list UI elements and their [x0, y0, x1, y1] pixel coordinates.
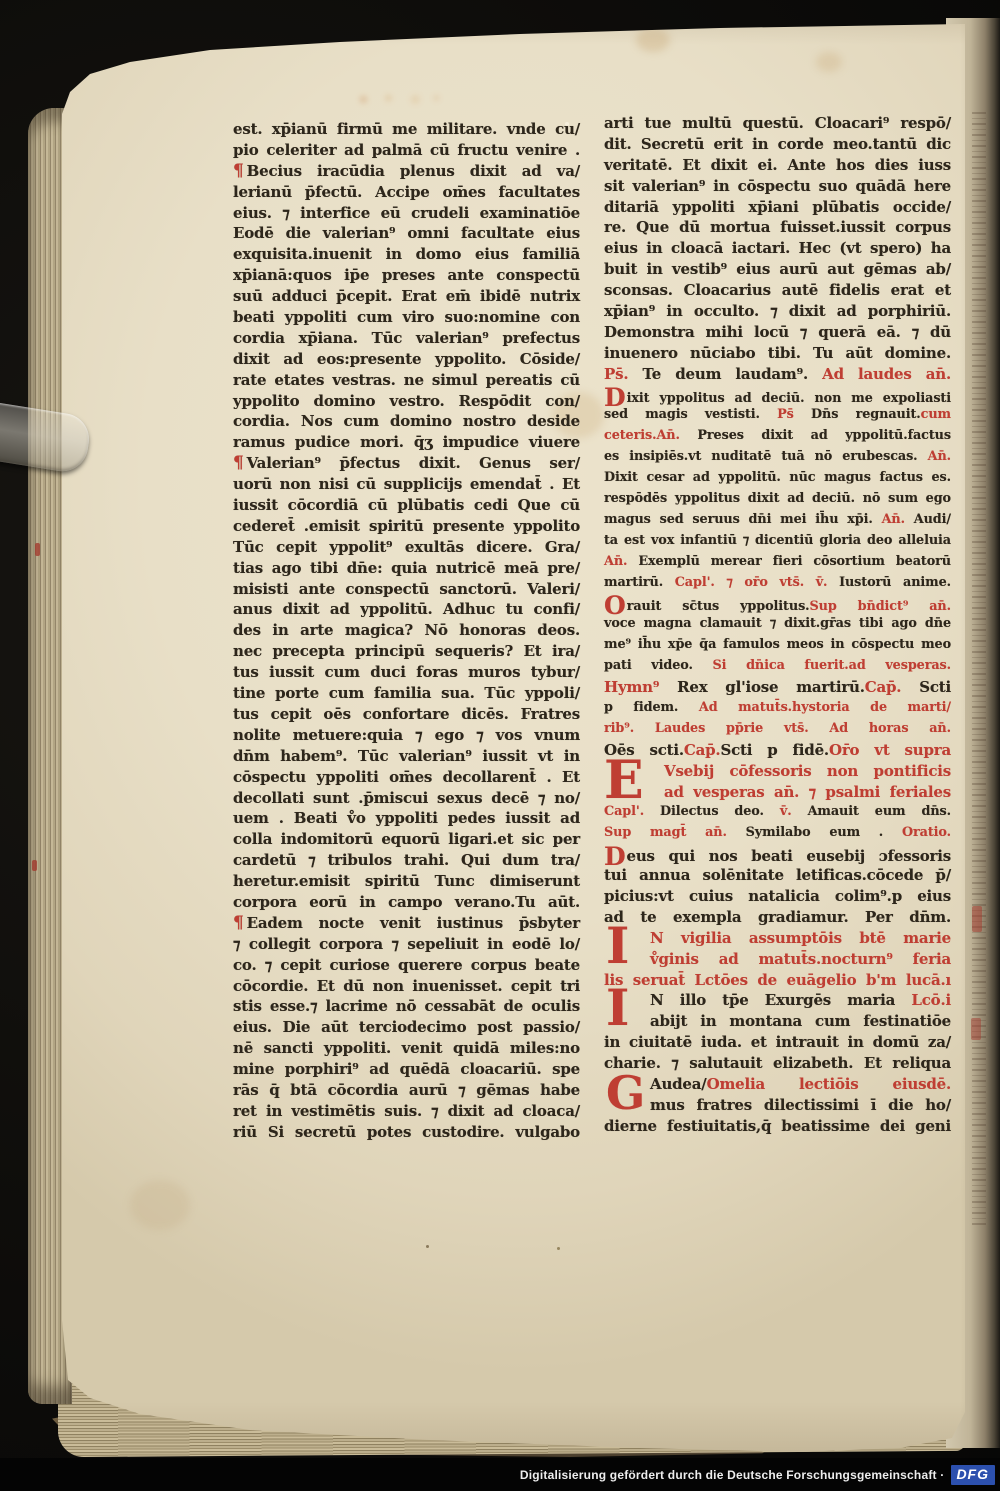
text-line: charie. ⁊ salutauit elizabeth. Et reliqu… [604, 1053, 951, 1074]
text-line: nec precepta principū sequeris? Et ira/ [233, 641, 580, 662]
text-line: EVsebij cōfessoris non pontificis [604, 761, 951, 782]
rubric-text: v̄. [780, 804, 792, 819]
body-text: Dilectus deo. [644, 804, 780, 819]
body-text: in ciuitatē iuda. et intrauit in domū za… [604, 1033, 951, 1051]
text-line: cederet̄ .emisit spiritū presente yppoli… [233, 516, 580, 537]
body-text: Audi/ [905, 512, 951, 527]
body-text: des in arte magica? Nō honoras deos. [233, 621, 580, 639]
body-text: arti tue multū questū. Cloacari⁹ respō/ [604, 114, 951, 132]
speck [557, 1247, 560, 1250]
body-text: rās q̄ btā cōcordia aurū ⁊ gēmas habe [233, 1081, 580, 1099]
text-line: me⁹ ih̄u xp̄e q̄a famulos meos in cōspec… [604, 635, 951, 656]
text-line: sed magis vestisti. Ps̄ Dn̄s regnauit.cu… [604, 405, 951, 426]
body-text: inuenero nūciabo tibi. Tu aūt domine. [604, 344, 951, 362]
body-text: decollati sunt .p̄miscui sexus decē ⁊ no… [233, 789, 580, 807]
body-text: lerianū p̄fectū. Accipe om̄es facultates [233, 183, 580, 201]
text-line: decollati sunt .p̄miscui sexus decē ⁊ no… [233, 788, 580, 809]
text-line: beati yppoliti cum viro suo:nomine con [233, 307, 580, 328]
text-line: sconsas. Cloacarius autē fidelis erat et [604, 280, 951, 301]
text-line: dit. Secretū erit in corde meo.tantū dic [604, 134, 951, 155]
body-text: martirū. [604, 575, 675, 590]
body-text: sconsas. Cloacarius autē fidelis erat et [604, 281, 951, 299]
rubric-text: Si dn̄ica fuerit.ad vesperas. [713, 658, 952, 673]
body-text: heretur.emisit spiritū Tunc dimiserunt [233, 872, 580, 890]
speck [426, 1245, 429, 1248]
text-line: cardetū ⁊ tribulos trahi. Qui dum tra/ [233, 850, 580, 871]
body-text: yppolito domino vestro. Respōdit con/ [233, 392, 580, 410]
body-text: picius:vt cuius natalicia colim⁹.p eius [604, 887, 951, 905]
text-line: mus fratres dilectissimi ī die ho/ [604, 1095, 951, 1116]
rubric-text: Capl'. ⁊ or̄o vts̄. v̄. [675, 575, 828, 590]
text-line: rib⁹. Laudes pp̄rie vts̄. Ad horas an̄. [604, 719, 951, 740]
body-text: pati video. [604, 658, 713, 673]
body-text: Symilabo eum . [727, 825, 902, 840]
rubric-text: Ps̄ [777, 407, 794, 422]
body-text: ret in vestimētis suis. ⁊ dixit ad cloac… [233, 1102, 580, 1120]
text-line: Dixit yppolitus ad deciū. non me expolia… [604, 385, 951, 406]
body-text: tine porte cum familia sua. Tūc yppoli/ [233, 684, 580, 702]
digitized-book-scan: est. xp̄ianū firmū me militare. vnde cu/… [0, 0, 1000, 1491]
text-line: Oēs scti.Cap̄.Scti p fidē.Or̄o vt supra [604, 740, 951, 761]
text-column-left: est. xp̄ianū firmū me militare. vnde cu/… [233, 119, 580, 1143]
text-line: Eodē die valerian⁹ omni facultate eius [233, 223, 580, 244]
text-line: es insipiēs.vt nuditatē tuā nō erubescas… [604, 447, 951, 468]
text-line: co. ⁊ cepit curiose querere corpus beate [233, 955, 580, 976]
body-text: ixit yppolitus ad deciū. non me expolias… [627, 391, 951, 406]
text-line: re. Que dū mortua fuisset.iussit corpus [604, 217, 951, 238]
body-text: anus dixit ad yppolitū. Adhuc tu confi/ [233, 600, 580, 618]
body-text: cōspectu yppoliti om̄es decollarent̄ . E… [233, 768, 580, 786]
body-text: voce magna clamauit ⁊ dixit.gr̄as tibi a… [604, 616, 951, 631]
body-text: nec precepta principū sequeris? Et ira/ [233, 642, 580, 660]
body-text: charie. ⁊ salutauit elizabeth. Et reliqu… [604, 1054, 951, 1072]
body-text: Becius iracūdia plenus dixit ad va/ [247, 162, 580, 180]
text-line: rate etates vestras. ne simul pereatis c… [233, 370, 580, 391]
text-line: riū Si secretū potes custodire. vulgabo [233, 1122, 580, 1143]
text-line: cōcordie. Et dū non inuenisset. cepit tr… [233, 976, 580, 997]
body-text: corpora eorū in campo verano.Tu aūt. [233, 893, 580, 911]
rubric-text: Ad matut̄s.hystoria de marti/ [699, 700, 951, 715]
text-line: yppolito domino vestro. Respōdit con/ [233, 391, 580, 412]
body-text: Valerian⁹ p̄fectus dixit. Genus ser/ [247, 454, 580, 472]
text-line: cordia. Nos cum domino nostro deside [233, 411, 580, 432]
text-line: corpora eorū in campo verano.Tu aūt. [233, 892, 580, 913]
body-text: re. Que dū mortua fuisset.iussit corpus [604, 218, 951, 236]
text-line: Ps̄. Te deum laudam⁹. Ad laudes an̄. [604, 364, 951, 385]
page-stain [816, 52, 842, 72]
text-line: sit valerian⁹ in cōspectu suo quādā here [604, 176, 951, 197]
body-text: exquisita.inuenit in domo eius familiā [233, 245, 580, 263]
text-line: IN illo tp̄e Exurgēs maria Lcō.i [604, 990, 951, 1011]
text-line: ¶Valerian⁹ p̄fectus dixit. Genus ser/ [233, 453, 580, 474]
body-text: Te deum laudam⁹. [628, 365, 822, 383]
rubric-text: An̄. [604, 554, 627, 569]
body-text: tias ago tibi dn̄e: quia nutricē meā pre… [233, 559, 580, 577]
text-line: rās q̄ btā cōcordia aurū ⁊ gēmas habe [233, 1080, 580, 1101]
rubric-text: rib⁹. Laudes pp̄rie vts̄. Ad horas an̄. [604, 721, 951, 736]
text-line: Orauit sc̄tus yppolitus.Sup bn̄dict⁹ an̄… [604, 593, 951, 614]
text-line: stis esse.⁊ lacrime nō cessabāt de oculi… [233, 996, 580, 1017]
text-line: ditariā yppoliti xp̄iani plūbatis occide… [604, 197, 951, 218]
text-line: martirū. Capl'. ⁊ or̄o vts̄. v̄. Iustorū… [604, 573, 951, 594]
next-page-rubric-blur [971, 1018, 981, 1040]
text-line: in ciuitatē iuda. et intrauit in domū za… [604, 1032, 951, 1053]
body-text: xp̄ian⁹ in occulto. ⁊ dixit ad porphiriū… [604, 302, 951, 320]
body-text: Preses dixit ad yppolitū.factus [680, 428, 951, 443]
rubric-text: Or̄o vt supra [829, 741, 951, 759]
text-line: magus sed seruus dn̄i mei ih̄u xp̄i. An̄… [604, 510, 951, 531]
dfg-logo: DFG [951, 1465, 995, 1485]
body-text: eius. ⁊ interfice eū crudeli examinatiōe [233, 204, 580, 222]
rubric-text: lis seruat̄ Lctōes de euāgelio b'm lucā.… [604, 971, 951, 989]
body-text: mus fratres dilectissimi ī die ho/ [650, 1096, 951, 1114]
body-text: Iustorū anime. [827, 575, 951, 590]
body-text: cōcordie. Et dū non inuenisset. cepit tr… [233, 977, 580, 995]
text-line: xp̄ianā:quos ip̄e preses ante conspectū [233, 265, 580, 286]
body-text: ditariā yppoliti xp̄iani plūbatis occide… [604, 198, 951, 216]
text-line: ¶Becius iracūdia plenus dixit ad va/ [233, 161, 580, 182]
body-text: riū Si secretū potes custodire. vulgabo [233, 1123, 580, 1141]
text-line: mine porphiri⁹ ad quēdā cloacariū. spe [233, 1059, 580, 1080]
body-text: rate etates vestras. ne simul pereatis c… [233, 371, 580, 389]
rubric-text: Vsebij cōfessoris non pontificis [664, 762, 951, 780]
body-text: mine porphiri⁹ ad quēdā cloacariū. spe [233, 1060, 580, 1078]
text-column-right: arti tue multū questū. Cloacari⁹ respō/d… [604, 113, 951, 1137]
rubric-text: N vigilia assumptōis btē marie [650, 929, 951, 947]
body-text: Rex gl'iose martirū. [659, 678, 865, 696]
body-text: dierne festiuitatis,q̄ beatissime dei ge… [604, 1117, 951, 1135]
edge-red-stain [35, 543, 40, 556]
text-line: dierne festiuitatis,q̄ beatissime dei ge… [604, 1116, 951, 1137]
text-line: ramus pudice mori. q̄ʒ impudice viuere [233, 432, 580, 453]
body-text: Dixit cesar ad yppolitū. nūc magus factu… [604, 470, 951, 485]
text-line: eius. Die aūt terciodecimo post passio/ [233, 1017, 580, 1038]
body-text: Demonstra mihi locū ⁊ querā eā. ⁊ dū [604, 323, 951, 341]
body-text: pio celeriter ad palmā cū fructu venire … [233, 141, 580, 159]
body-text: est. xp̄ianū firmū me militare. vnde cu/ [233, 120, 580, 138]
text-line: eius in cloacā iactari. Hec (vt spero) h… [604, 238, 951, 259]
text-line: colla indomitorū equorū ligari.et sic pe… [233, 829, 580, 850]
rubric-text: Capl'. [604, 804, 644, 819]
body-text: cardetū ⁊ tribulos trahi. Qui dum tra/ [233, 851, 580, 869]
rubric-text: ceteris.An̄. [604, 428, 680, 443]
text-line: ad te exempla gradiamur. Per dn̄m. [604, 907, 951, 928]
text-line: cordia xp̄iana. Tūc valerian⁹ prefectus [233, 328, 580, 349]
body-text: Eodē die valerian⁹ omni facultate eius [233, 224, 580, 242]
text-line: GAudea/Omelia lectiōis eiusdē. [604, 1074, 951, 1095]
rubric-text: Ps̄. [604, 365, 628, 383]
text-line: Sup magt̄ an̄. Symilabo eum . Oratio. [604, 823, 951, 844]
body-text: nē sancti yppoliti. venit quidā miles:no [233, 1039, 580, 1057]
body-text: es insipiēs.vt nuditatē tuā nō erubescas… [604, 449, 928, 464]
body-text: ta est vox infantiū ⁊ dicentiū gloria de… [604, 533, 951, 548]
body-text: eius in cloacā iactari. Hec (vt spero) h… [604, 239, 951, 257]
page-stain [130, 1180, 190, 1230]
text-line: Capl'. Dilectus deo. v̄. Amauit eum dn̄s… [604, 802, 951, 823]
body-text: ad te exempla gradiamur. Per dn̄m. [604, 908, 951, 926]
edge-red-stain [32, 860, 37, 871]
text-line: suū adduci p̄cepit. Erat em̄ ibidē nutri… [233, 286, 580, 307]
rubric-text: cum [921, 407, 951, 422]
text-line: Dixit cesar ad yppolitū. nūc magus factu… [604, 468, 951, 489]
rubric-text: Cap̄. [684, 741, 721, 759]
rubric-text: ¶ [233, 913, 247, 933]
text-line: nē sancti yppoliti. venit quidā miles:no [233, 1038, 580, 1059]
text-line: tui annua solēnitate letificas.cōcede p̄… [604, 865, 951, 886]
body-text: co. ⁊ cepit curiose querere corpus beate [233, 956, 580, 974]
text-line: pio celeriter ad palmā cū fructu venire … [233, 140, 580, 161]
body-text: magus sed seruus dn̄i mei ih̄u xp̄i. [604, 512, 882, 527]
rubric-text: Sup magt̄ an̄. [604, 825, 727, 840]
text-line: ta est vox infantiū ⁊ dicentiū gloria de… [604, 531, 951, 552]
rubric-text: Sup bn̄dict⁹ an̄. [810, 599, 951, 614]
body-text: colla indomitorū equorū ligari.et sic pe… [233, 830, 580, 848]
text-line: iussit cōcordiā cū plūbatis cedi Que cū [233, 495, 580, 516]
body-text: ramus pudice mori. q̄ʒ impudice viuere [233, 433, 580, 451]
body-text: Audea/ [650, 1075, 707, 1093]
text-line: uem . Beati v̊o yppoliti pedes iussit ad [233, 808, 580, 829]
text-line: uorū non nisi cū supplicijs emendat̄ . E… [233, 474, 580, 495]
rubric-text: Hymn⁹ [604, 678, 659, 696]
text-line: misisti ante conspectū sanctorū. Valeri/ [233, 579, 580, 600]
body-text: Dn̄s regnauit. [794, 407, 921, 422]
body-text: dit. Secretū erit in corde meo.tantū dic [604, 135, 951, 153]
text-line: dn̄m habem⁹. Tūc valerian⁹ iussit vt in [233, 746, 580, 767]
body-text: tus cepit oēs confortare dicēs. Fratres [233, 705, 580, 723]
text-line: arti tue multū questū. Cloacari⁹ respō/ [604, 113, 951, 134]
body-text: rauit sc̄tus yppolitus. [627, 599, 810, 614]
text-line: lerianū p̄fectū. Accipe om̄es facultates [233, 182, 580, 203]
body-text: Eadem nocte venit iustinus p̄sbyter [247, 914, 580, 932]
body-text: uem . Beati v̊o yppoliti pedes iussit ad [233, 809, 580, 827]
body-text: Scti p fidē. [720, 741, 828, 759]
text-line: pati video. Si dn̄ica fuerit.ad vesperas… [604, 656, 951, 677]
text-line: Hymn⁹ Rex gl'iose martirū.Cap̄. Scti [604, 677, 951, 698]
text-line: exquisita.inuenit in domo eius familiā [233, 244, 580, 265]
text-line: dixit ad eos:presente yppolito. Cōside/ [233, 349, 580, 370]
text-line: heretur.emisit spiritū Tunc dimiserunt [233, 871, 580, 892]
text-line: ret in vestimētis suis. ⁊ dixit ad cloac… [233, 1101, 580, 1122]
text-line: ¶Eadem nocte venit iustinus p̄sbyter [233, 913, 580, 934]
rubric-text: Oratio. [902, 825, 951, 840]
body-text: abijt in montana cum festinatiōe [650, 1012, 951, 1030]
text-line: ad vesperas an̄. ⁊ psalmi feriales [604, 782, 951, 803]
rubric-text: An̄. [882, 512, 905, 527]
text-line: Tūc cepit yppolit⁹ exultās dicere. Gra/ [233, 537, 580, 558]
text-line: tus cepit oēs confortare dicēs. Fratres [233, 704, 580, 725]
rubric-text: An̄. [928, 449, 951, 464]
text-line: abijt in montana cum festinatiōe [604, 1011, 951, 1032]
rubric-text: ¶ [233, 161, 247, 181]
text-line: tus iussit cum duci foras muros tybur/ [233, 662, 580, 683]
body-text: eius. Die aūt terciodecimo post passio/ [233, 1018, 580, 1036]
body-text: veritatē. Et dixit ei. Ante hos dies ius… [604, 156, 951, 174]
text-line: buit in vestib⁹ eius aurū aut gēmas ab/ [604, 259, 951, 280]
body-text: cordia xp̄iana. Tūc valerian⁹ prefectus [233, 329, 580, 347]
body-text: ⁊ collegit corpora ⁊ sepeliuit in eodē l… [233, 935, 580, 953]
text-line: v̊ginis ad matut̄s.nocturn⁹ feria [604, 949, 951, 970]
body-text: stis esse.⁊ lacrime nō cessabāt de oculi… [233, 997, 580, 1015]
body-text: iussit cōcordiā cū plūbatis cedi Que cū [233, 496, 580, 514]
text-line: Deus qui nos beati eusebij ɔfessoris [604, 844, 951, 865]
body-text: p fidem. [604, 700, 699, 715]
credit-bar: Digitalisierung gefördert durch die Deut… [0, 1458, 1000, 1491]
rubric-text: Cap̄. [865, 678, 902, 696]
text-line: IN vigilia assumptōis btē marie [604, 928, 951, 949]
text-line: p fidem. Ad matut̄s.hystoria de marti/ [604, 698, 951, 719]
credit-text: Digitalisierung gefördert durch die Deut… [520, 1468, 945, 1482]
body-text: eus qui nos beati eusebij ɔfessoris [626, 847, 951, 865]
text-line: tine porte cum familia sua. Tūc yppoli/ [233, 683, 580, 704]
body-text: Scti [901, 678, 951, 696]
body-text: Amauit eum dn̄s. [792, 804, 951, 819]
body-text: dn̄m habem⁹. Tūc valerian⁹ iussit vt in [233, 747, 580, 765]
body-text: dixit ad eos:presente yppolito. Cōside/ [233, 350, 580, 368]
body-text: xp̄ianā:quos ip̄e preses ante conspectū [233, 266, 580, 284]
text-line: eius. ⁊ interfice eū crudeli examinatiōe [233, 203, 580, 224]
body-text: misisti ante conspectū sanctorū. Valeri/ [233, 580, 580, 598]
text-line: Demonstra mihi locū ⁊ querā eā. ⁊ dū [604, 322, 951, 343]
text-line: tias ago tibi dn̄e: quia nutricē meā pre… [233, 558, 580, 579]
body-text: beati yppoliti cum viro suo:nomine con [233, 308, 580, 326]
page-stain [636, 28, 670, 52]
body-text: tus iussit cum duci foras muros tybur/ [233, 663, 580, 681]
text-line: des in arte magica? Nō honoras deos. [233, 620, 580, 641]
body-text: sit valerian⁹ in cōspectu suo quādā here [604, 177, 951, 195]
rubric-text: Ad laudes an̄. [822, 365, 951, 383]
rubric-text: v̊ginis ad matut̄s.nocturn⁹ feria [650, 950, 951, 968]
body-text: N illo tp̄e Exurgēs maria [650, 991, 911, 1009]
rubric-text: ¶ [233, 453, 247, 473]
body-text: buit in vestib⁹ eius aurū aut gēmas ab/ [604, 260, 951, 278]
body-text: cederet̄ .emisit spiritū presente yppoli… [233, 517, 580, 535]
text-line: veritatē. Et dixit ei. Ante hos dies ius… [604, 155, 951, 176]
body-text: respōdēs yppolitus dixit ad deciū. nō su… [604, 491, 951, 506]
text-line: anus dixit ad yppolitū. Adhuc tu confi/ [233, 599, 580, 620]
text-line: voce magna clamauit ⁊ dixit.gr̄as tibi a… [604, 614, 951, 635]
body-text: Exemplū merear fieri cōsortium beatorū [627, 554, 951, 569]
rubric-text: ad vesperas an̄. ⁊ psalmi feriales [664, 783, 951, 801]
body-text: sed magis vestisti. [604, 407, 777, 422]
bleed-through-mark [350, 84, 446, 112]
text-line: lis seruat̄ Lctōes de euāgelio b'm lucā.… [604, 970, 951, 991]
body-text: Tūc cepit yppolit⁹ exultās dicere. Gra/ [233, 538, 580, 556]
rubric-text: Lcō.i [911, 991, 951, 1009]
text-line: nolite metuere:quia ⁊ ego ⁊ vos vnum [233, 725, 580, 746]
rubric-text: Omelia lectiōis eiusdē. [707, 1075, 951, 1093]
body-text: cordia. Nos cum domino nostro deside [233, 412, 580, 430]
next-page-rubric-blur [972, 906, 982, 932]
text-line: respōdēs yppolitus dixit ad deciū. nō su… [604, 489, 951, 510]
text-line: ⁊ collegit corpora ⁊ sepeliuit in eodē l… [233, 934, 580, 955]
body-text: uorū non nisi cū supplicijs emendat̄ . E… [233, 475, 580, 493]
body-text: nolite metuere:quia ⁊ ego ⁊ vos vnum [233, 726, 580, 744]
body-text: me⁹ ih̄u xp̄e q̄a famulos meos in cōspec… [604, 637, 951, 652]
text-line: An̄. Exemplū merear fieri cōsortium beat… [604, 552, 951, 573]
text-line: est. xp̄ianū firmū me militare. vnde cu/ [233, 119, 580, 140]
text-line: inuenero nūciabo tibi. Tu aūt domine. [604, 343, 951, 364]
body-text: suū adduci p̄cepit. Erat em̄ ibidē nutri… [233, 287, 580, 305]
text-line: picius:vt cuius natalicia colim⁹.p eius [604, 886, 951, 907]
text-line: xp̄ian⁹ in occulto. ⁊ dixit ad porphiriū… [604, 301, 951, 322]
body-text: tui annua solēnitate letificas.cōcede p̄… [604, 866, 951, 884]
next-page-text-blur [972, 108, 986, 1228]
text-line: cōspectu yppoliti om̄es decollarent̄ . E… [233, 767, 580, 788]
text-line: ceteris.An̄. Preses dixit ad yppolitū.fa… [604, 426, 951, 447]
